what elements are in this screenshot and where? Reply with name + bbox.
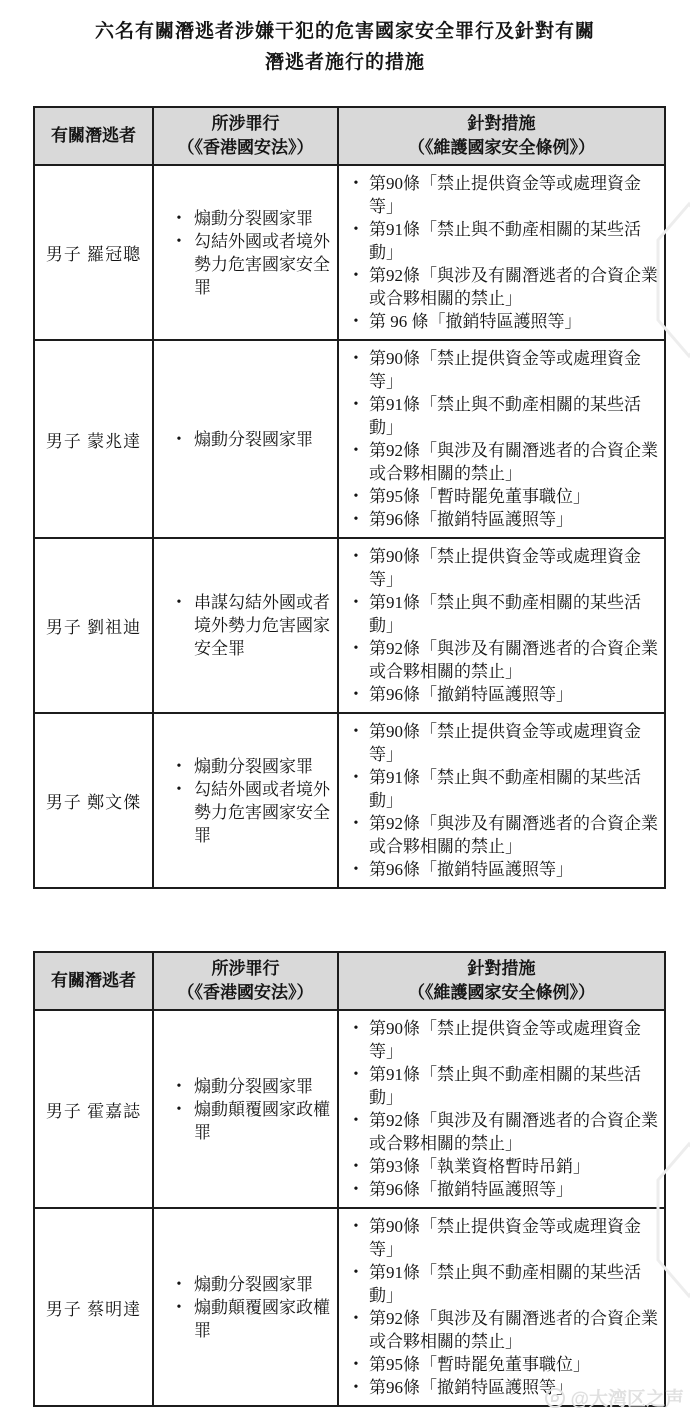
table-row: 男子 蔡明達•煽動分裂國家罪•煽動顛覆國家政權罪•第90條「禁止提供資金等或處理… xyxy=(34,1208,665,1406)
bullet-item: •串謀勾結外國或者境外勢力危害國家安全罪 xyxy=(164,591,331,660)
bullet-item: •煽動顛覆國家政權罪 xyxy=(164,1296,331,1342)
bullet-icon: • xyxy=(343,812,369,858)
table-row: 男子 劉祖迪•串謀勾結外國或者境外勢力危害國家安全罪•第90條「禁止提供資金等或… xyxy=(34,538,665,713)
header-measures-law: （《維護國家安全條例》） xyxy=(341,981,662,1005)
bullet-item: •第90條「禁止提供資金等或處理資金等」 xyxy=(343,172,658,218)
header-measures-label: 針對措施 xyxy=(341,112,662,136)
bullet-icon: • xyxy=(164,755,194,778)
header-offences: 所涉罪行 （《香港國安法》） xyxy=(153,952,338,1010)
watermark: @大湾区之声 xyxy=(545,1384,684,1411)
document-title-line1: 六名有關潛逃者涉嫌干犯的危害國家安全罪行及針對有關 xyxy=(0,16,690,47)
bullet-icon: • xyxy=(343,393,369,439)
bullet-icon: • xyxy=(164,591,194,660)
bullet-icon: • xyxy=(164,428,194,451)
bullet-item: •第90條「禁止提供資金等或處理資金等」 xyxy=(343,1215,658,1261)
bullet-text: 第90條「禁止提供資金等或處理資金等」 xyxy=(369,720,658,766)
bullet-text: 煽動分裂國家罪 xyxy=(194,755,331,778)
bullet-item: •第92條「與涉及有關潛逃者的合資企業或合夥相關的禁止」 xyxy=(343,1307,658,1353)
bullet-icon: • xyxy=(164,1296,194,1342)
bullet-item: •第91條「禁止與不動產相關的某些活動」 xyxy=(343,218,658,264)
bullet-text: 第92條「與涉及有關潛逃者的合資企業或合夥相關的禁止」 xyxy=(369,812,658,858)
fugitives-table-top: 有關潛逃者 所涉罪行 （《香港國安法》） 針對措施 （《維護國家安全條例》） 男… xyxy=(33,106,666,889)
bullet-item: •第91條「禁止與不動產相關的某些活動」 xyxy=(343,591,658,637)
bullet-icon: • xyxy=(343,1261,369,1307)
bullet-text: 第90條「禁止提供資金等或處理資金等」 xyxy=(369,172,658,218)
bullet-item: •第90條「禁止提供資金等或處理資金等」 xyxy=(343,347,658,393)
bullet-item: •勾結外國或者境外勢力危害國家安全罪 xyxy=(164,230,331,299)
bullet-text: 第92條「與涉及有關潛逃者的合資企業或合夥相關的禁止」 xyxy=(369,439,658,485)
bullet-text: 第91條「禁止與不動產相關的某些活動」 xyxy=(369,1261,658,1307)
bullet-item: •煽動分裂國家罪 xyxy=(164,755,331,778)
bullet-item: •第 96 條「撤銷特區護照等」 xyxy=(343,310,658,333)
header-fugitive-label: 有關潛逃者 xyxy=(37,969,150,993)
header-measures-law: （《維護國家安全條例》） xyxy=(341,136,662,160)
bullet-icon: • xyxy=(164,1273,194,1296)
watermark-text: @大湾区之声 xyxy=(570,1384,684,1411)
header-fugitive-label: 有關潛逃者 xyxy=(37,124,150,148)
bullet-icon: • xyxy=(343,637,369,683)
bullet-text: 第90條「禁止提供資金等或處理資金等」 xyxy=(369,545,658,591)
bullet-item: •第96條「撤銷特區護照等」 xyxy=(343,1178,658,1201)
bullet-icon: • xyxy=(164,207,194,230)
bullet-item: •第93條「執業資格暫時吊銷」 xyxy=(343,1155,658,1178)
bullet-icon: • xyxy=(343,439,369,485)
bullet-icon: • xyxy=(343,1353,369,1376)
table-row: 男子 霍嘉誌•煽動分裂國家罪•煽動顛覆國家政權罪•第90條「禁止提供資金等或處理… xyxy=(34,1010,665,1208)
bullet-item: •第95條「暫時罷免董事職位」 xyxy=(343,485,658,508)
bullet-item: •第90條「禁止提供資金等或處理資金等」 xyxy=(343,1017,658,1063)
bullet-item: •第91條「禁止與不動產相關的某些活動」 xyxy=(343,393,658,439)
bullet-text: 第91條「禁止與不動產相關的某些活動」 xyxy=(369,766,658,812)
bullet-item: •第92條「與涉及有關潛逃者的合資企業或合夥相關的禁止」 xyxy=(343,812,658,858)
fugitives-table-bottom: 有關潛逃者 所涉罪行 （《香港國安法》） 針對措施 （《維護國家安全條例》） 男… xyxy=(33,951,666,1407)
bullet-text: 串謀勾結外國或者境外勢力危害國家安全罪 xyxy=(194,591,331,660)
bullet-text: 煽動顛覆國家政權罪 xyxy=(194,1296,331,1342)
bullet-item: •煽動分裂國家罪 xyxy=(164,1273,331,1296)
fugitive-name-cell: 男子 蒙兆達 xyxy=(34,340,153,538)
bullet-item: •煽動分裂國家罪 xyxy=(164,428,331,451)
bullet-text: 第92條「與涉及有關潛逃者的合資企業或合夥相關的禁止」 xyxy=(369,637,658,683)
fugitive-name-cell: 男子 蔡明達 xyxy=(34,1208,153,1406)
header-measures: 針對措施 （《維護國家安全條例》） xyxy=(338,107,665,165)
document-page: 六名有關潛逃者涉嫌干犯的危害國家安全罪行及針對有關 潛逃者施行的措施 有關潛逃者… xyxy=(0,0,690,1419)
table-row: 男子 羅冠聰•煽動分裂國家罪•勾結外國或者境外勢力危害國家安全罪•第90條「禁止… xyxy=(34,165,665,340)
header-measures: 針對措施 （《維護國家安全條例》） xyxy=(338,952,665,1010)
bullet-text: 煽動分裂國家罪 xyxy=(194,1075,331,1098)
document-title: 六名有關潛逃者涉嫌干犯的危害國家安全罪行及針對有關 潛逃者施行的措施 xyxy=(0,0,690,78)
bullet-text: 煽動分裂國家罪 xyxy=(194,428,331,451)
bullet-icon: • xyxy=(343,172,369,218)
bullet-text: 煽動分裂國家罪 xyxy=(194,1273,331,1296)
bullet-item: •第92條「與涉及有關潛逃者的合資企業或合夥相關的禁止」 xyxy=(343,264,658,310)
table-gap xyxy=(0,889,690,951)
fugitive-name-cell: 男子 鄭文傑 xyxy=(34,713,153,888)
bullet-item: •第96條「撤銷特區護照等」 xyxy=(343,683,658,706)
bullet-text: 第96條「撤銷特區護照等」 xyxy=(369,683,658,706)
bullet-icon: • xyxy=(343,858,369,881)
bullet-item: •第92條「與涉及有關潛逃者的合資企業或合夥相關的禁止」 xyxy=(343,439,658,485)
bullet-icon: • xyxy=(343,545,369,591)
bullet-icon: • xyxy=(343,1376,369,1399)
header-measures-label: 針對措施 xyxy=(341,957,662,981)
bullet-text: 第91條「禁止與不動產相關的某些活動」 xyxy=(369,1063,658,1109)
bullet-text: 第91條「禁止與不動產相關的某些活動」 xyxy=(369,393,658,439)
bullet-text: 第 96 條「撤銷特區護照等」 xyxy=(369,310,658,333)
bullet-icon: • xyxy=(343,264,369,310)
bullet-icon: • xyxy=(343,683,369,706)
offences-cell: •煽動分裂國家罪•煽動顛覆國家政權罪 xyxy=(153,1208,338,1406)
bullet-icon: • xyxy=(343,1109,369,1155)
bullet-icon: • xyxy=(343,1155,369,1178)
bullet-text: 第93條「執業資格暫時吊銷」 xyxy=(369,1155,658,1178)
header-offences-label: 所涉罪行 xyxy=(156,112,335,136)
bullet-item: •第91條「禁止與不動產相關的某些活動」 xyxy=(343,1261,658,1307)
offences-cell: •串謀勾結外國或者境外勢力危害國家安全罪 xyxy=(153,538,338,713)
bullet-item: •第90條「禁止提供資金等或處理資金等」 xyxy=(343,720,658,766)
bullet-icon: • xyxy=(343,591,369,637)
offences-cell: •煽動分裂國家罪•勾結外國或者境外勢力危害國家安全罪 xyxy=(153,165,338,340)
bullet-icon: • xyxy=(164,778,194,847)
table-row: 男子 鄭文傑•煽動分裂國家罪•勾結外國或者境外勢力危害國家安全罪•第90條「禁止… xyxy=(34,713,665,888)
bullet-text: 第90條「禁止提供資金等或處理資金等」 xyxy=(369,1215,658,1261)
bullet-text: 第92條「與涉及有關潛逃者的合資企業或合夥相關的禁止」 xyxy=(369,264,658,310)
bullet-text: 第91條「禁止與不動產相關的某些活動」 xyxy=(369,591,658,637)
bullet-icon: • xyxy=(343,347,369,393)
bullet-icon: • xyxy=(343,1307,369,1353)
bullet-icon: • xyxy=(343,310,369,333)
measures-cell: •第90條「禁止提供資金等或處理資金等」•第91條「禁止與不動產相關的某些活動」… xyxy=(338,713,665,888)
bay-area-voice-logo-icon xyxy=(545,1388,565,1408)
header-fugitive: 有關潛逃者 xyxy=(34,107,153,165)
fugitive-name-cell: 男子 羅冠聰 xyxy=(34,165,153,340)
offences-cell: •煽動分裂國家罪•煽動顛覆國家政權罪 xyxy=(153,1010,338,1208)
bullet-text: 第96條「撤銷特區護照等」 xyxy=(369,508,658,531)
bullet-text: 第92條「與涉及有關潛逃者的合資企業或合夥相關的禁止」 xyxy=(369,1307,658,1353)
bullet-text: 第96條「撤銷特區護照等」 xyxy=(369,858,658,881)
bullet-item: •煽動顛覆國家政權罪 xyxy=(164,1098,331,1144)
bullet-icon: • xyxy=(343,508,369,531)
bullet-icon: • xyxy=(343,1215,369,1261)
bullet-icon: • xyxy=(343,766,369,812)
bullet-item: •第91條「禁止與不動產相關的某些活動」 xyxy=(343,1063,658,1109)
bullet-text: 第95條「暫時罷免董事職位」 xyxy=(369,1353,658,1376)
bullet-item: •第91條「禁止與不動產相關的某些活動」 xyxy=(343,766,658,812)
bullet-text: 第92條「與涉及有關潛逃者的合資企業或合夥相關的禁止」 xyxy=(369,1109,658,1155)
bullet-item: •第96條「撤銷特區護照等」 xyxy=(343,508,658,531)
offences-cell: •煽動分裂國家罪•勾結外國或者境外勢力危害國家安全罪 xyxy=(153,713,338,888)
table-header-row: 有關潛逃者 所涉罪行 （《香港國安法》） 針對措施 （《維護國家安全條例》） xyxy=(34,107,665,165)
measures-cell: •第90條「禁止提供資金等或處理資金等」•第91條「禁止與不動產相關的某些活動」… xyxy=(338,538,665,713)
bullet-icon: • xyxy=(343,218,369,264)
measures-cell: •第90條「禁止提供資金等或處理資金等」•第91條「禁止與不動產相關的某些活動」… xyxy=(338,165,665,340)
table-header-row: 有關潛逃者 所涉罪行 （《香港國安法》） 針對措施 （《維護國家安全條例》） xyxy=(34,952,665,1010)
bullet-text: 第90條「禁止提供資金等或處理資金等」 xyxy=(369,347,658,393)
bullet-text: 第91條「禁止與不動產相關的某些活動」 xyxy=(369,218,658,264)
table-row: 男子 蒙兆達•煽動分裂國家罪•第90條「禁止提供資金等或處理資金等」•第91條「… xyxy=(34,340,665,538)
fugitive-name-cell: 男子 霍嘉誌 xyxy=(34,1010,153,1208)
header-offences-law: （《香港國安法》） xyxy=(156,136,335,160)
bullet-item: •第96條「撤銷特區護照等」 xyxy=(343,858,658,881)
bullet-text: 勾結外國或者境外勢力危害國家安全罪 xyxy=(194,230,331,299)
bullet-item: •煽動分裂國家罪 xyxy=(164,207,331,230)
fugitive-name-cell: 男子 劉祖迪 xyxy=(34,538,153,713)
bullet-text: 第95條「暫時罷免董事職位」 xyxy=(369,485,658,508)
header-offences-label: 所涉罪行 xyxy=(156,957,335,981)
header-offences-law: （《香港國安法》） xyxy=(156,981,335,1005)
bullet-item: •勾結外國或者境外勢力危害國家安全罪 xyxy=(164,778,331,847)
measures-cell: •第90條「禁止提供資金等或處理資金等」•第91條「禁止與不動產相關的某些活動」… xyxy=(338,1010,665,1208)
bullet-text: 煽動分裂國家罪 xyxy=(194,207,331,230)
bullet-item: •第92條「與涉及有關潛逃者的合資企業或合夥相關的禁止」 xyxy=(343,1109,658,1155)
bullet-item: •第92條「與涉及有關潛逃者的合資企業或合夥相關的禁止」 xyxy=(343,637,658,683)
bullet-icon: • xyxy=(343,720,369,766)
bullet-icon: • xyxy=(343,1063,369,1109)
bullet-icon: • xyxy=(164,1098,194,1144)
bullet-icon: • xyxy=(164,1075,194,1098)
bullet-icon: • xyxy=(343,1178,369,1201)
header-fugitive: 有關潛逃者 xyxy=(34,952,153,1010)
bullet-item: •第90條「禁止提供資金等或處理資金等」 xyxy=(343,545,658,591)
offences-cell: •煽動分裂國家罪 xyxy=(153,340,338,538)
bullet-icon: • xyxy=(343,1017,369,1063)
bullet-text: 第96條「撤銷特區護照等」 xyxy=(369,1178,658,1201)
bullet-item: •第95條「暫時罷免董事職位」 xyxy=(343,1353,658,1376)
measures-cell: •第90條「禁止提供資金等或處理資金等」•第91條「禁止與不動產相關的某些活動」… xyxy=(338,340,665,538)
measures-cell: •第90條「禁止提供資金等或處理資金等」•第91條「禁止與不動產相關的某些活動」… xyxy=(338,1208,665,1406)
bullet-item: •煽動分裂國家罪 xyxy=(164,1075,331,1098)
bullet-text: 煽動顛覆國家政權罪 xyxy=(194,1098,331,1144)
bullet-text: 勾結外國或者境外勢力危害國家安全罪 xyxy=(194,778,331,847)
bullet-icon: • xyxy=(164,230,194,299)
document-title-line2: 潛逃者施行的措施 xyxy=(0,47,690,78)
header-offences: 所涉罪行 （《香港國安法》） xyxy=(153,107,338,165)
bullet-text: 第90條「禁止提供資金等或處理資金等」 xyxy=(369,1017,658,1063)
bullet-icon: • xyxy=(343,485,369,508)
